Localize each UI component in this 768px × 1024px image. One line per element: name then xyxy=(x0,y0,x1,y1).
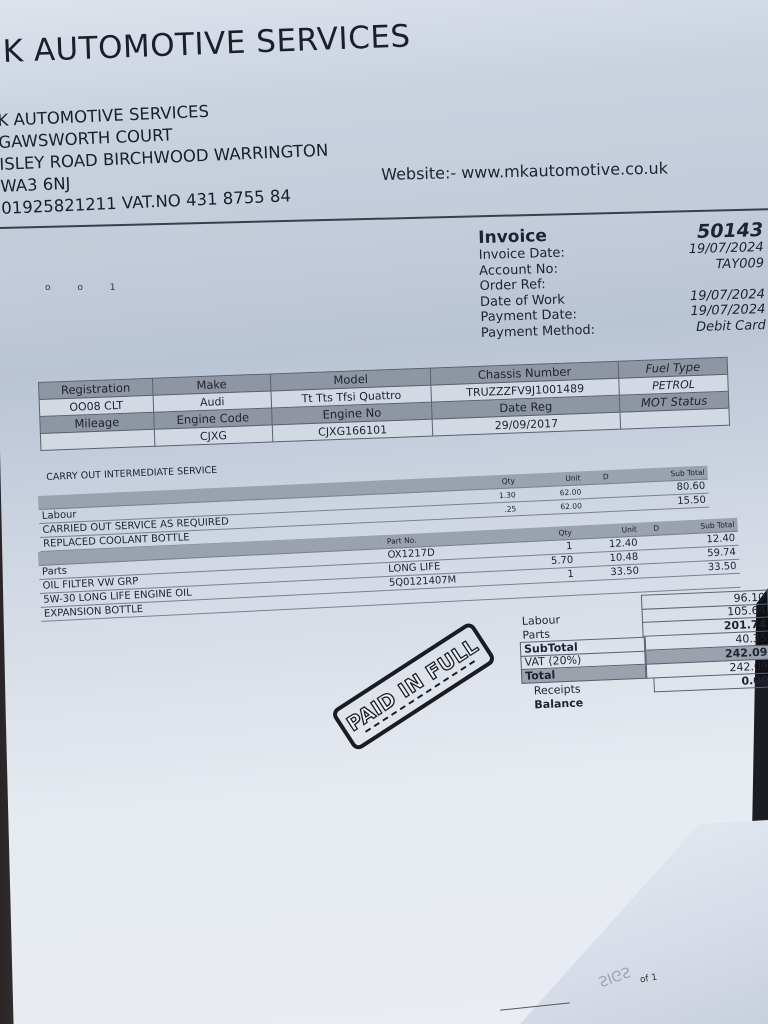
vehicle-table: Registration Make Model Chassis Number F… xyxy=(38,357,730,451)
field-value: TAY009 xyxy=(715,256,764,273)
header-d: D xyxy=(640,521,663,536)
invoice-details: Invoice 50143 Invoice Date:19/07/2024 Ac… xyxy=(478,220,766,341)
field-label: Order Ref: xyxy=(479,277,545,294)
paid-in-full-stamp: PAID IN FULL xyxy=(330,621,497,753)
invoice-label: Invoice xyxy=(478,226,547,248)
company-website: Website:- www.mkautomotive.co.uk xyxy=(381,158,668,184)
stamp-text: PAID IN FULL xyxy=(343,635,481,734)
totals-block: 96.10 Labour105.64 Parts201.74 SubTotal4… xyxy=(518,590,768,712)
value-engine-code: CJXG xyxy=(154,425,273,446)
header-d: D xyxy=(583,470,612,485)
invoice-number: 50143 xyxy=(697,220,764,242)
folded-corner xyxy=(520,820,768,1024)
pen-marks: o o 1 xyxy=(45,283,127,293)
value-mot-status xyxy=(620,408,730,429)
job-description: CARRY OUT INTERMEDIATE SERVICE xyxy=(46,465,217,483)
field-label: Payment Method: xyxy=(481,322,596,341)
field-value: Debit Card xyxy=(696,318,766,335)
field-label: Account No: xyxy=(479,261,558,279)
company-title: K AUTOMOTIVE SERVICES xyxy=(2,18,411,70)
company-address: K AUTOMOTIVE SERVICES GAWSWORTH COURT IS… xyxy=(0,96,331,220)
invoice-document: K AUTOMOTIVE SERVICES K AUTOMOTIVE SERVI… xyxy=(0,0,768,1024)
value-mileage xyxy=(40,429,154,450)
